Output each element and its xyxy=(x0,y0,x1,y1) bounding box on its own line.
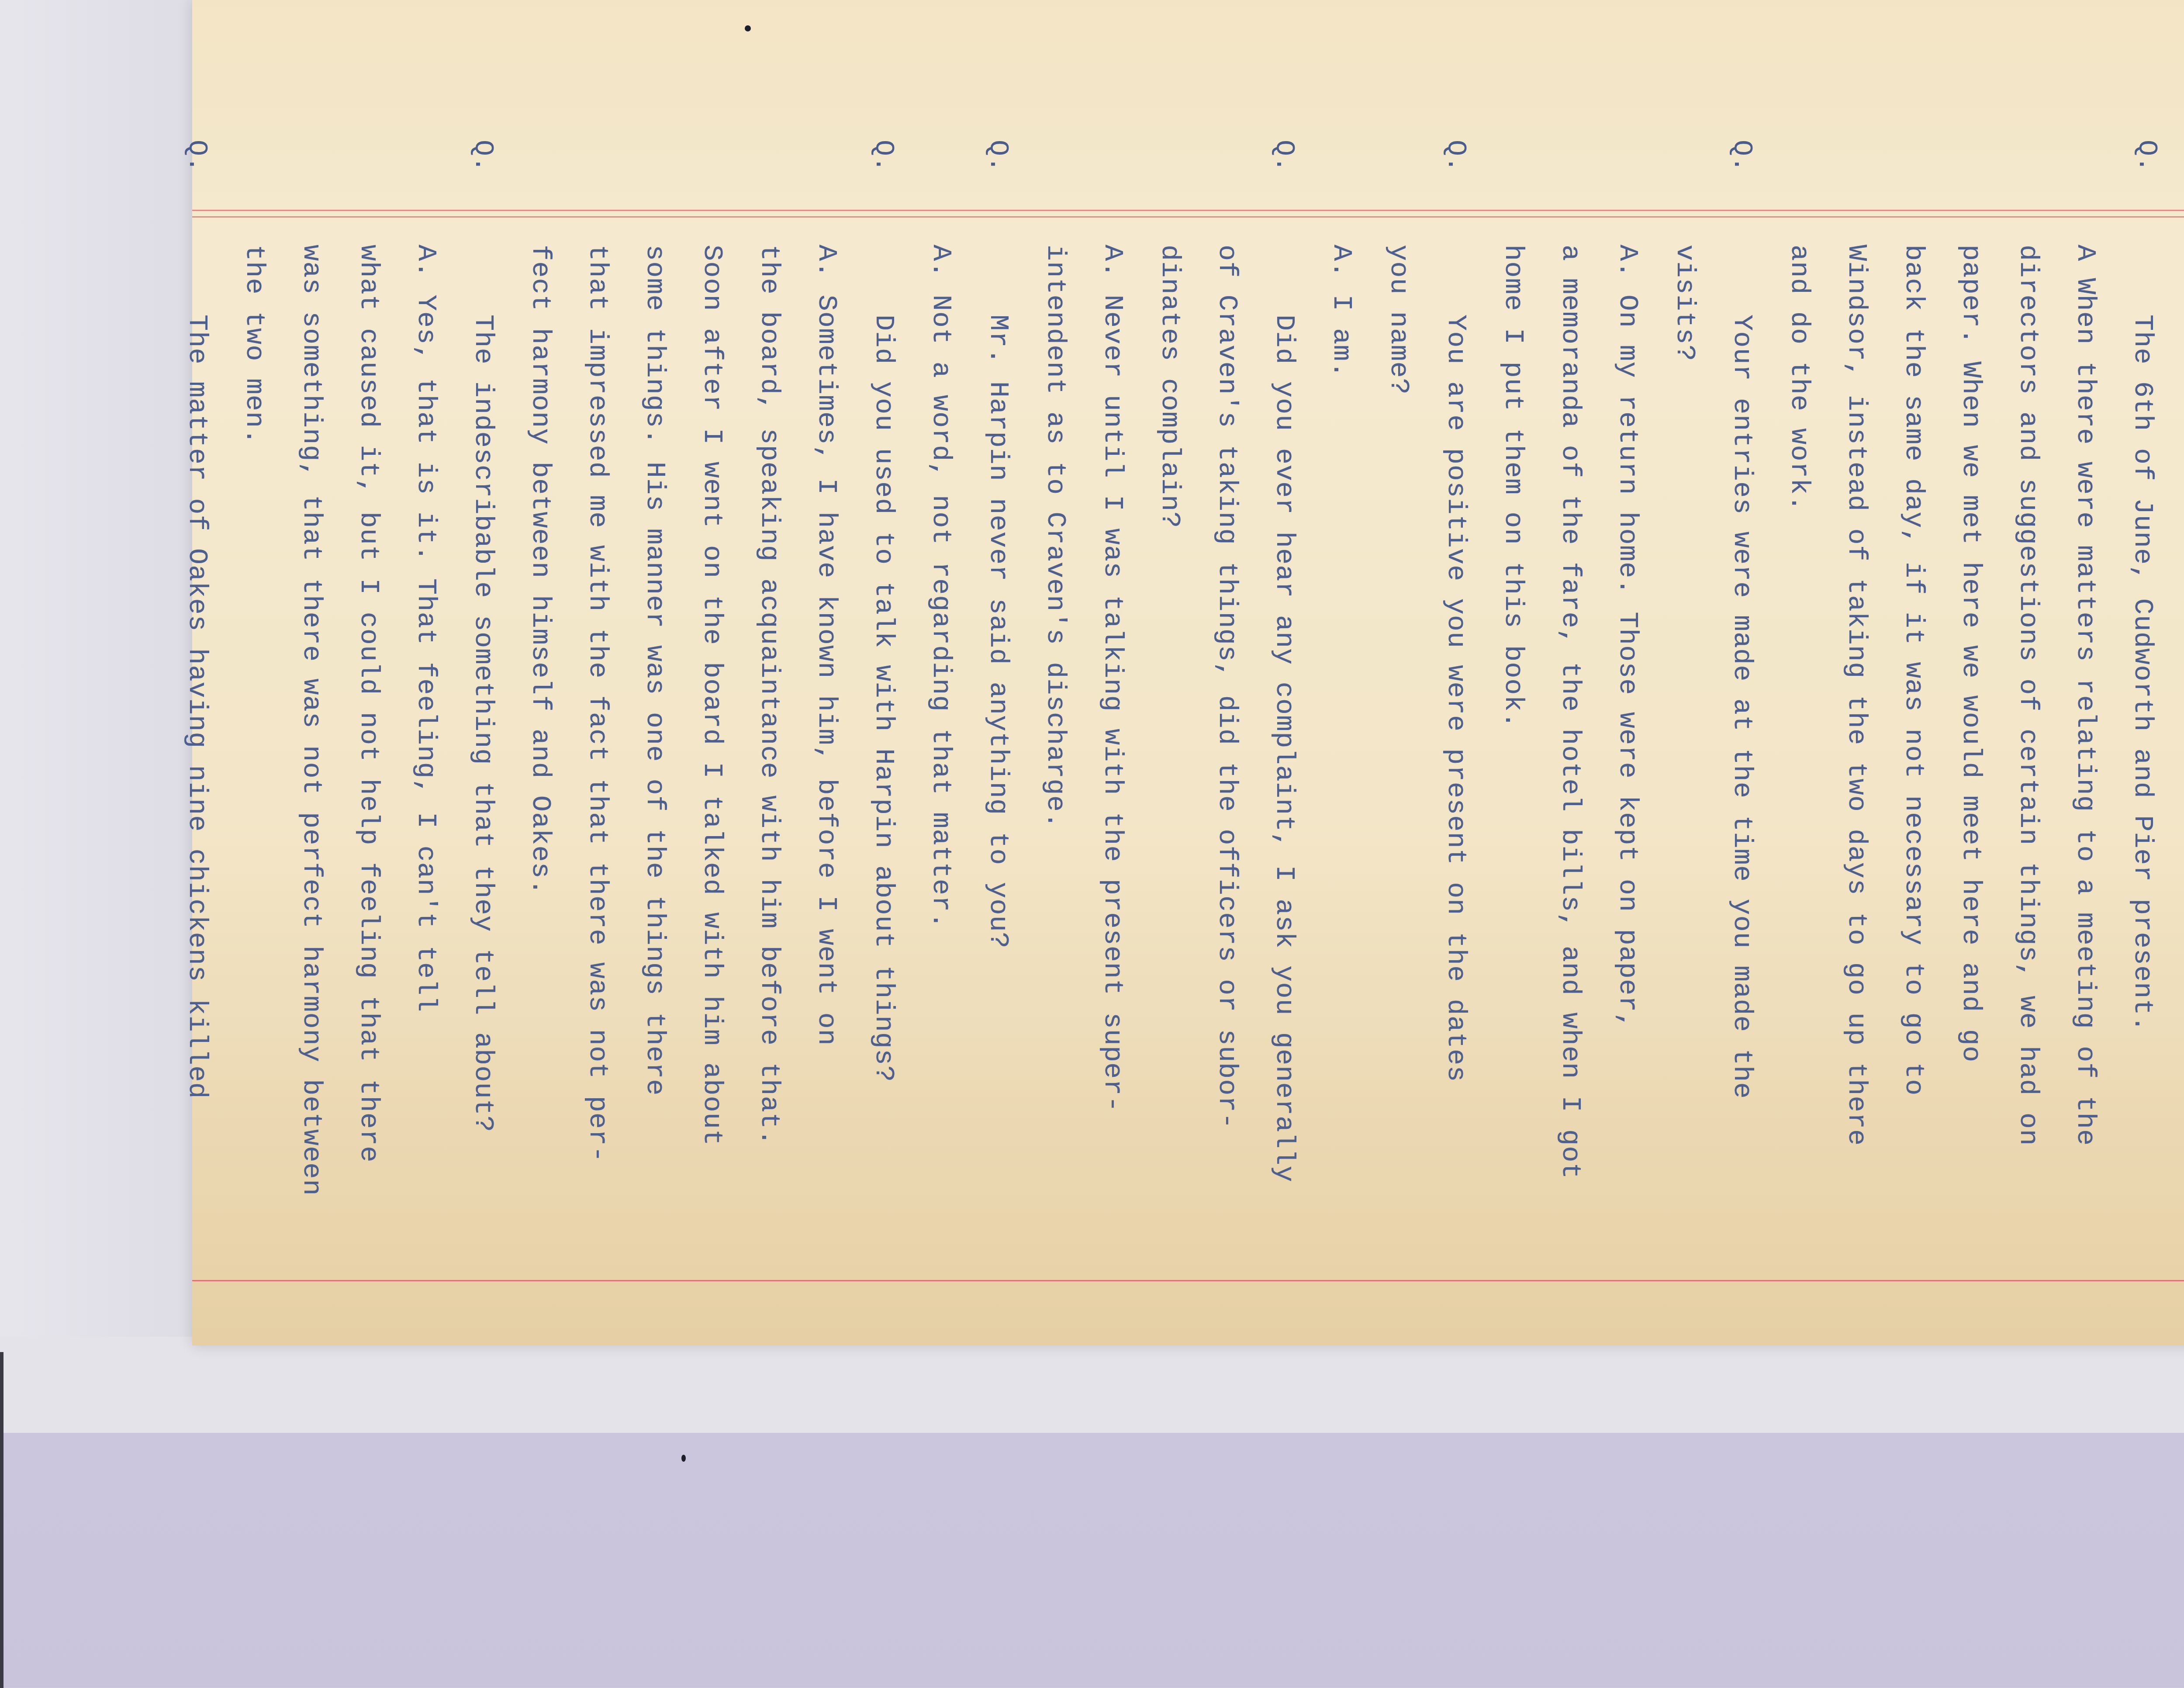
question-marker: Q. xyxy=(1438,140,1473,172)
transcript-line: home I put them on this book. xyxy=(1496,245,1531,729)
left-margin-rule xyxy=(192,210,2184,218)
question-marker: Q. xyxy=(1724,140,1759,172)
transcript-line: Your entries were made at the time you m… xyxy=(1724,315,1759,1099)
transcript-line: A. Not a word, not regarding that matter… xyxy=(923,245,958,929)
transcript-line: you name? xyxy=(1381,245,1416,395)
transcript-line: A. Never until I was talking with the pr… xyxy=(1095,245,1130,1113)
transcript-line: intendent as to Craven's discharge. xyxy=(1038,245,1073,829)
transcript-line: A. Yes, that is it. That feeling, I can'… xyxy=(408,245,443,1012)
transcript-line: the two men. xyxy=(237,245,272,445)
transcript-line: paper. When we met here we would meet he… xyxy=(1953,245,1988,1062)
transcript-line: fect harmony between himself and Oakes. xyxy=(523,245,558,896)
transcript-line: A. Sometimes, I have known him, before I… xyxy=(809,245,844,1046)
question-marker: Q. xyxy=(466,140,501,172)
transcript-line: Did you ever hear any complaint, I ask y… xyxy=(1267,315,1302,1183)
question-marker: Q. xyxy=(2129,140,2164,172)
transcript-line: A. On my return home. Those were kept on… xyxy=(1610,245,1645,1029)
transcript-line: Mr. Harpin never said anything to you? xyxy=(981,315,1016,949)
question-marker: Q. xyxy=(981,140,1016,172)
transcript-line: Windsor, instead of taking the two days … xyxy=(1839,245,1874,1146)
transcript-line: was something, that there was not perfec… xyxy=(294,245,329,1196)
transcript-line: some things. His manner was one of the t… xyxy=(637,245,672,1096)
transcript-line: Did you used to talk with Harpin about t… xyxy=(866,315,901,1082)
binder-edge xyxy=(0,1352,3,1688)
ink-speck xyxy=(745,25,751,31)
transcript-line: A. I am. xyxy=(1324,245,1359,378)
transcript-page: with Judge Pier, Cudworth, I think, was … xyxy=(192,0,2184,1346)
transcript-line: what caused it, but I could not help fee… xyxy=(351,245,386,1162)
transcript-line: back the same day, if it was not necessa… xyxy=(1896,245,1931,1096)
transcript-line: and do the work. xyxy=(1782,245,1817,512)
right-margin-rule xyxy=(192,1280,2184,1281)
transcript-line: The 6th of June, Cudworth and Pier prese… xyxy=(2125,315,2160,1032)
ink-speck xyxy=(681,1455,686,1462)
transcript-line: visits? xyxy=(1667,245,1702,361)
transcript-line: A When there were matters relating to a … xyxy=(2068,245,2103,1146)
transcript-line: a memoranda of the fare, the hotel bills… xyxy=(1553,245,1588,1180)
transcript-line: The indescribable something that they te… xyxy=(466,315,501,1132)
transcript-line: directors and suggestions of certain thi… xyxy=(2011,245,2046,1146)
transcript-line: of Craven's taking things, did the offic… xyxy=(1209,245,1244,1129)
transcript-line: dinates complain? xyxy=(1152,245,1187,529)
question-marker: Q. xyxy=(866,140,901,172)
transcript-line: that impressed me with the fact that the… xyxy=(580,245,615,1162)
background-underlay xyxy=(0,1337,2184,1433)
transcript-line: the board, speaking acquaintance with hi… xyxy=(752,245,787,1146)
transcript-line: Soon after I went on the board I talked … xyxy=(695,245,729,1146)
question-marker: Q. xyxy=(180,140,214,172)
question-marker: Q. xyxy=(1267,140,1302,172)
transcript-line: You are positive you were present on the… xyxy=(1438,315,1473,1082)
transcript-line: The matter of Oakes having nine chickens… xyxy=(180,315,214,1099)
background-left-strip xyxy=(0,0,197,1346)
